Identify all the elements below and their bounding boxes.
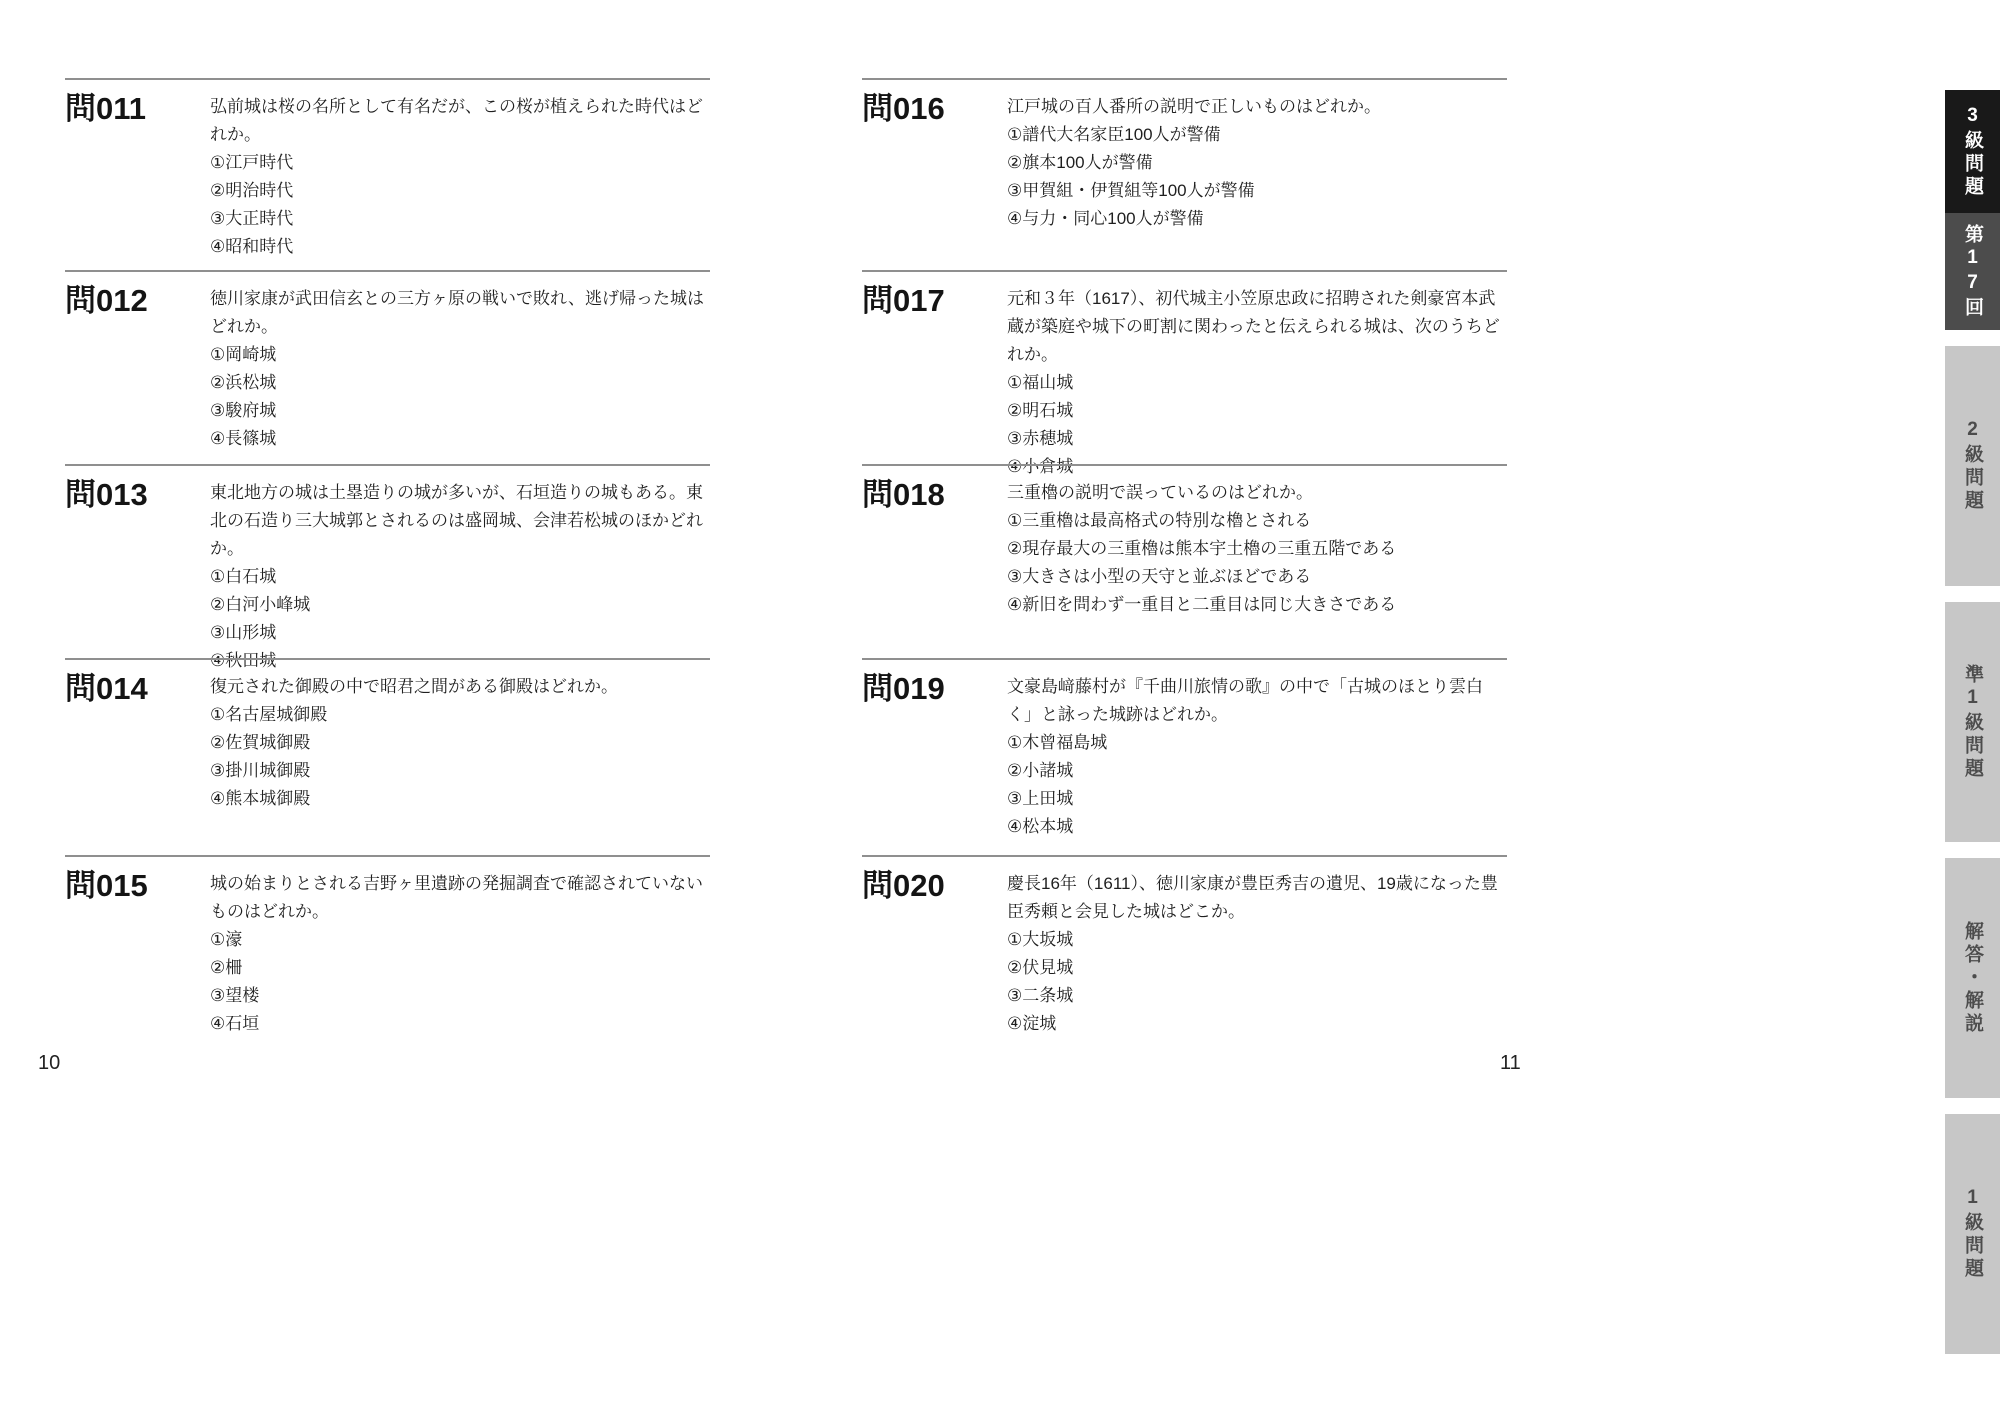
question-text: 東北地方の城は土塁造りの城が多いが、石垣造りの城もある。東北の石造り三大城郭とさ…: [210, 479, 710, 563]
question-options: ①名古屋城御殿 ②佐賀城御殿 ③掛川城御殿 ④熊本城御殿: [210, 701, 710, 813]
question-block: 問014 復元された御殿の中で昭君之間がある御殿はどれか。 ①名古屋城御殿 ②佐…: [65, 658, 710, 813]
question-block: 問018 三重櫓の説明で誤っているのはどれか。 ①三重櫓は最高格式の特別な櫓とさ…: [862, 464, 1507, 619]
question-number: 問019: [862, 673, 1007, 706]
answer-option: ③甲賀組・伊賀組等100人が警備: [1007, 177, 1507, 205]
sidebar-tab-label: 解答・解説: [1963, 921, 1982, 1036]
question-block: 問019 文豪島﨑藤村が『千曲川旅情の歌』の中で「古城のほとり雲白く」と詠った城…: [862, 658, 1507, 841]
answer-option: ①名古屋城御殿: [210, 701, 710, 729]
answer-option: ②白河小峰城: [210, 591, 710, 619]
question-number: 問016: [862, 93, 1007, 126]
answer-option: ①三重櫓は最高格式の特別な櫓とされる: [1007, 507, 1507, 535]
question-number: 問014: [65, 673, 210, 706]
answer-option: ②明治時代: [210, 177, 710, 205]
answer-option: ④昭和時代: [210, 233, 710, 261]
question-body: 東北地方の城は土塁造りの城が多いが、石垣造りの城もある。東北の石造り三大城郭とさ…: [210, 479, 710, 675]
answer-option: ④熊本城御殿: [210, 785, 710, 813]
sidebar-tab-label: 第17回: [1963, 224, 1982, 320]
question-body: 三重櫓の説明で誤っているのはどれか。 ①三重櫓は最高格式の特別な櫓とされる ②現…: [1007, 479, 1507, 619]
question-body: 復元された御殿の中で昭君之間がある御殿はどれか。 ①名古屋城御殿 ②佐賀城御殿 …: [210, 673, 710, 813]
question-number: 問018: [862, 479, 1007, 512]
answer-option: ②佐賀城御殿: [210, 729, 710, 757]
page-number-right: 11: [1500, 1052, 1521, 1075]
sidebar-tab: 1級問題: [1945, 1114, 2000, 1354]
answer-option: ①大坂城: [1007, 926, 1507, 954]
answer-option: ②柵: [210, 954, 710, 982]
question-options: ①木曾福島城 ②小諸城 ③上田城 ④松本城: [1007, 729, 1507, 841]
answer-option: ③二条城: [1007, 982, 1507, 1010]
answer-option: ②明石城: [1007, 397, 1507, 425]
question-block: 問011 弘前城は桜の名所として有名だが、この桜が植えられた時代はどれか。 ①江…: [65, 78, 710, 261]
answer-option: ③山形城: [210, 619, 710, 647]
answer-option: ①江戸時代: [210, 149, 710, 177]
question-body: 文豪島﨑藤村が『千曲川旅情の歌』の中で「古城のほとり雲白く」と詠った城跡はどれか…: [1007, 673, 1507, 841]
sidebar-tab-label: 3級問題: [1963, 105, 1982, 199]
answer-option: ②伏見城: [1007, 954, 1507, 982]
answer-option: ④新旧を問わず一重目と二重目は同じ大きさである: [1007, 591, 1507, 619]
question-text: 三重櫓の説明で誤っているのはどれか。: [1007, 479, 1507, 507]
question-body: 城の始まりとされる吉野ヶ里遺跡の発掘調査で確認されていないものはどれか。 ①濠 …: [210, 870, 710, 1038]
answer-option: ④淀城: [1007, 1010, 1507, 1038]
question-text: 文豪島﨑藤村が『千曲川旅情の歌』の中で「古城のほとり雲白く」と詠った城跡はどれか…: [1007, 673, 1507, 729]
question-text: 元和３年（1617）、初代城主小笠原忠政に招聘された剣豪宮本武蔵が築庭や城下の町…: [1007, 285, 1507, 369]
answer-option: ③上田城: [1007, 785, 1507, 813]
sidebar-tab: 3級問題: [1945, 90, 2000, 213]
answer-option: ④長篠城: [210, 425, 710, 453]
sidebar-tab: 第17回: [1945, 213, 2000, 330]
question-text: 慶長16年（1611）、徳川家康が豊臣秀吉の遺児、19歳になった豊臣秀頼と会見し…: [1007, 870, 1507, 926]
question-text: 城の始まりとされる吉野ヶ里遺跡の発掘調査で確認されていないものはどれか。: [210, 870, 710, 926]
answer-option: ①白石城: [210, 563, 710, 591]
question-block: 問015 城の始まりとされる吉野ヶ里遺跡の発掘調査で確認されていないものはどれか…: [65, 855, 710, 1038]
page-left: 問011 弘前城は桜の名所として有名だが、この桜が植えられた時代はどれか。 ①江…: [65, 0, 710, 1418]
answer-option: ④与力・同心100人が警備: [1007, 205, 1507, 233]
sidebar-tab-label: 1級問題: [1963, 1187, 1982, 1281]
question-options: ①譜代大名家臣100人が警備 ②旗本100人が警備 ③甲賀組・伊賀組等100人が…: [1007, 121, 1507, 233]
answer-option: ④石垣: [210, 1010, 710, 1038]
question-number: 問015: [65, 870, 210, 903]
question-text: 弘前城は桜の名所として有名だが、この桜が植えられた時代はどれか。: [210, 93, 710, 149]
question-block: 問020 慶長16年（1611）、徳川家康が豊臣秀吉の遺児、19歳になった豊臣秀…: [862, 855, 1507, 1038]
question-options: ①大坂城 ②伏見城 ③二条城 ④淀城: [1007, 926, 1507, 1038]
answer-option: ③掛川城御殿: [210, 757, 710, 785]
answer-option: ①木曾福島城: [1007, 729, 1507, 757]
answer-option: ①濠: [210, 926, 710, 954]
answer-option: ③駿府城: [210, 397, 710, 425]
answer-option: ③大正時代: [210, 205, 710, 233]
sidebar-tab: 2級問題: [1945, 346, 2000, 586]
question-text: 江戸城の百人番所の説明で正しいものはどれか。: [1007, 93, 1507, 121]
question-number: 問011: [65, 93, 210, 126]
sidebar-tab-label: 2級問題: [1963, 419, 1982, 513]
question-body: 弘前城は桜の名所として有名だが、この桜が植えられた時代はどれか。 ①江戸時代 ②…: [210, 93, 710, 261]
page-right: 問016 江戸城の百人番所の説明で正しいものはどれか。 ①譜代大名家臣100人が…: [862, 0, 1507, 1418]
question-block: 問016 江戸城の百人番所の説明で正しいものはどれか。 ①譜代大名家臣100人が…: [862, 78, 1507, 233]
sidebar-tab-label: 準1級問題: [1963, 664, 1982, 781]
question-block: 問013 東北地方の城は土塁造りの城が多いが、石垣造りの城もある。東北の石造り三…: [65, 464, 710, 675]
answer-option: ③赤穂城: [1007, 425, 1507, 453]
question-options: ①濠 ②柵 ③望楼 ④石垣: [210, 926, 710, 1038]
answer-option: ③望楼: [210, 982, 710, 1010]
answer-option: ①福山城: [1007, 369, 1507, 397]
answer-option: ④松本城: [1007, 813, 1507, 841]
sidebar-tab: 解答・解説: [1945, 858, 2000, 1098]
question-options: ①三重櫓は最高格式の特別な櫓とされる ②現存最大の三重櫓は熊本宇土櫓の三重五階で…: [1007, 507, 1507, 619]
question-text: 徳川家康が武田信玄との三方ヶ原の戦いで敗れ、逃げ帰った城はどれか。: [210, 285, 710, 341]
question-number: 問017: [862, 285, 1007, 318]
answer-option: ②現存最大の三重櫓は熊本宇土櫓の三重五階である: [1007, 535, 1507, 563]
answer-option: ①譜代大名家臣100人が警備: [1007, 121, 1507, 149]
sidebar-tabs: 3級問題 第17回 2級問題 準1級問題 解答・解説 1級問題: [1945, 0, 2000, 1418]
question-number: 問013: [65, 479, 210, 512]
question-block: 問012 徳川家康が武田信玄との三方ヶ原の戦いで敗れ、逃げ帰った城はどれか。 ①…: [65, 270, 710, 453]
question-options: ①江戸時代 ②明治時代 ③大正時代 ④昭和時代: [210, 149, 710, 261]
answer-option: ①岡崎城: [210, 341, 710, 369]
book-spread: 問011 弘前城は桜の名所として有名だが、この桜が植えられた時代はどれか。 ①江…: [0, 0, 2000, 1418]
question-block: 問017 元和３年（1617）、初代城主小笠原忠政に招聘された剣豪宮本武蔵が築庭…: [862, 270, 1507, 481]
question-number: 問020: [862, 870, 1007, 903]
question-options: ①岡崎城 ②浜松城 ③駿府城 ④長篠城: [210, 341, 710, 453]
question-text: 復元された御殿の中で昭君之間がある御殿はどれか。: [210, 673, 710, 701]
question-body: 慶長16年（1611）、徳川家康が豊臣秀吉の遺児、19歳になった豊臣秀頼と会見し…: [1007, 870, 1507, 1038]
question-body: 元和３年（1617）、初代城主小笠原忠政に招聘された剣豪宮本武蔵が築庭や城下の町…: [1007, 285, 1507, 481]
answer-option: ②浜松城: [210, 369, 710, 397]
answer-option: ③大きさは小型の天守と並ぶほどである: [1007, 563, 1507, 591]
answer-option: ②小諸城: [1007, 757, 1507, 785]
page-number-left: 10: [38, 1052, 60, 1075]
answer-option: ②旗本100人が警備: [1007, 149, 1507, 177]
question-body: 徳川家康が武田信玄との三方ヶ原の戦いで敗れ、逃げ帰った城はどれか。 ①岡崎城 ②…: [210, 285, 710, 453]
question-body: 江戸城の百人番所の説明で正しいものはどれか。 ①譜代大名家臣100人が警備 ②旗…: [1007, 93, 1507, 233]
sidebar-tab: 準1級問題: [1945, 602, 2000, 842]
question-number: 問012: [65, 285, 210, 318]
